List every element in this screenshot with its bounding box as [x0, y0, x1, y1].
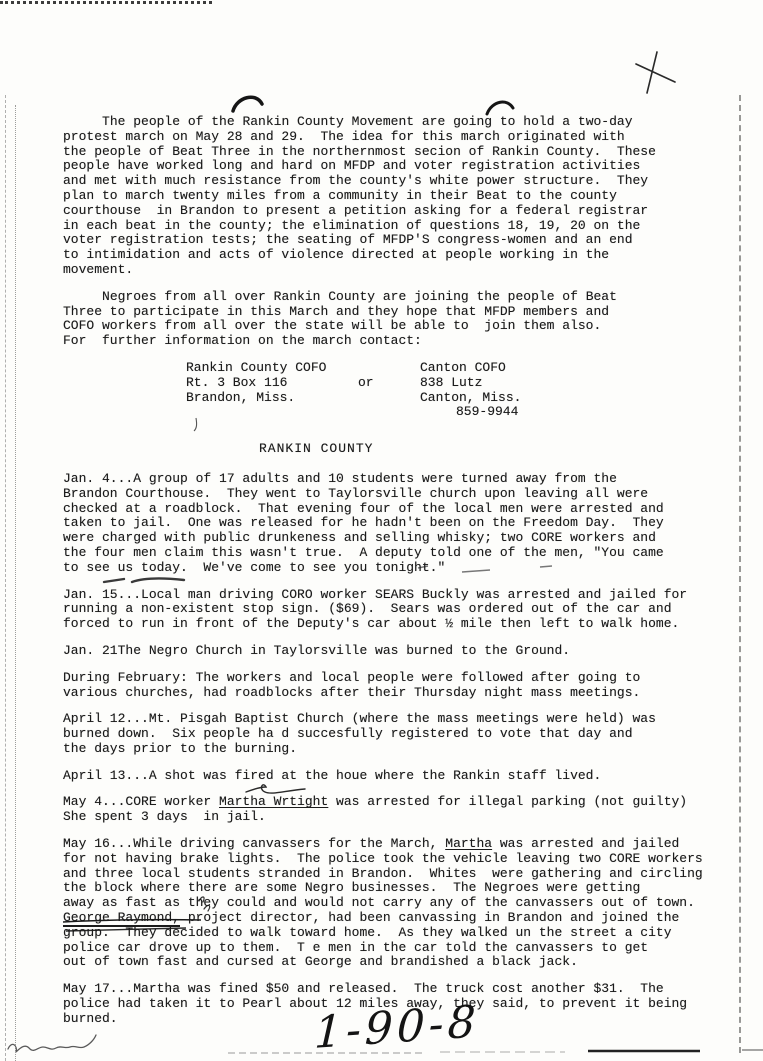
- x-mark: [636, 52, 675, 93]
- binder-arc-mark-right: [487, 102, 513, 114]
- underlined-name-martha-wrtight: Martha Wrtight: [219, 794, 328, 809]
- entry-april-12: April 12...Mt. Pisgah Baptist Church (wh…: [63, 712, 731, 756]
- contact-right-line-1: Canton COFO: [420, 361, 731, 376]
- entry-jan-21: Jan. 21The Negro Church in Taylorsville …: [63, 644, 731, 659]
- entry-february: During February: The workers and local p…: [63, 671, 731, 701]
- contact-block: Rankin County COFO Canton COFO Rt. 3 Box…: [186, 361, 731, 405]
- binder-arc-mark-left: [233, 97, 262, 111]
- entry-may-16-text: May 16...While driving canvassers for th…: [63, 836, 445, 851]
- right-edge-scan-line: [739, 95, 741, 1053]
- contact-phone: 859-9944: [456, 405, 731, 420]
- contact-left-line-1: Rankin County COFO: [186, 361, 358, 376]
- contact-left-line-2: Rt. 3 Box 116: [186, 376, 358, 391]
- contact-right-line-3: Canton, Miss.: [420, 391, 731, 406]
- paragraph-intro-2: Negroes from all over Rankin County are …: [63, 290, 731, 349]
- contact-conjunction: or: [358, 376, 420, 391]
- entry-jan-4: Jan. 4...A group of 17 adults and 10 stu…: [63, 472, 731, 576]
- contact-left-line-3: Brandon, Miss.: [186, 391, 358, 406]
- left-edge-scan-line-2: [15, 105, 16, 1061]
- entry-may-4: May 4...CORE worker Martha Wrtight was a…: [63, 795, 731, 825]
- document-body: The people of the Rankin County Movement…: [63, 115, 731, 1039]
- scanned-document-page: The people of the Rankin County Movement…: [0, 0, 763, 1061]
- entry-april-13: April 13...A shot was fired at the houe …: [63, 769, 731, 784]
- handwritten-page-number: 1-90-8: [313, 996, 480, 1059]
- top-perforation-dots: [0, 1, 212, 4]
- left-edge-scan-line: [5, 95, 6, 1061]
- entry-may-4-text: May 4...CORE worker: [63, 794, 219, 809]
- entry-may-16: May 16...While driving canvassers for th…: [63, 837, 731, 970]
- entry-jan-15: Jan. 15...Local man driving CORO worker …: [63, 588, 731, 632]
- underlined-name-martha: Martha: [445, 836, 492, 851]
- paragraph-intro-1: The people of the Rankin County Movement…: [63, 115, 731, 278]
- section-heading: RANKIN COUNTY: [259, 442, 731, 457]
- contact-right-line-2: 838 Lutz: [420, 376, 731, 391]
